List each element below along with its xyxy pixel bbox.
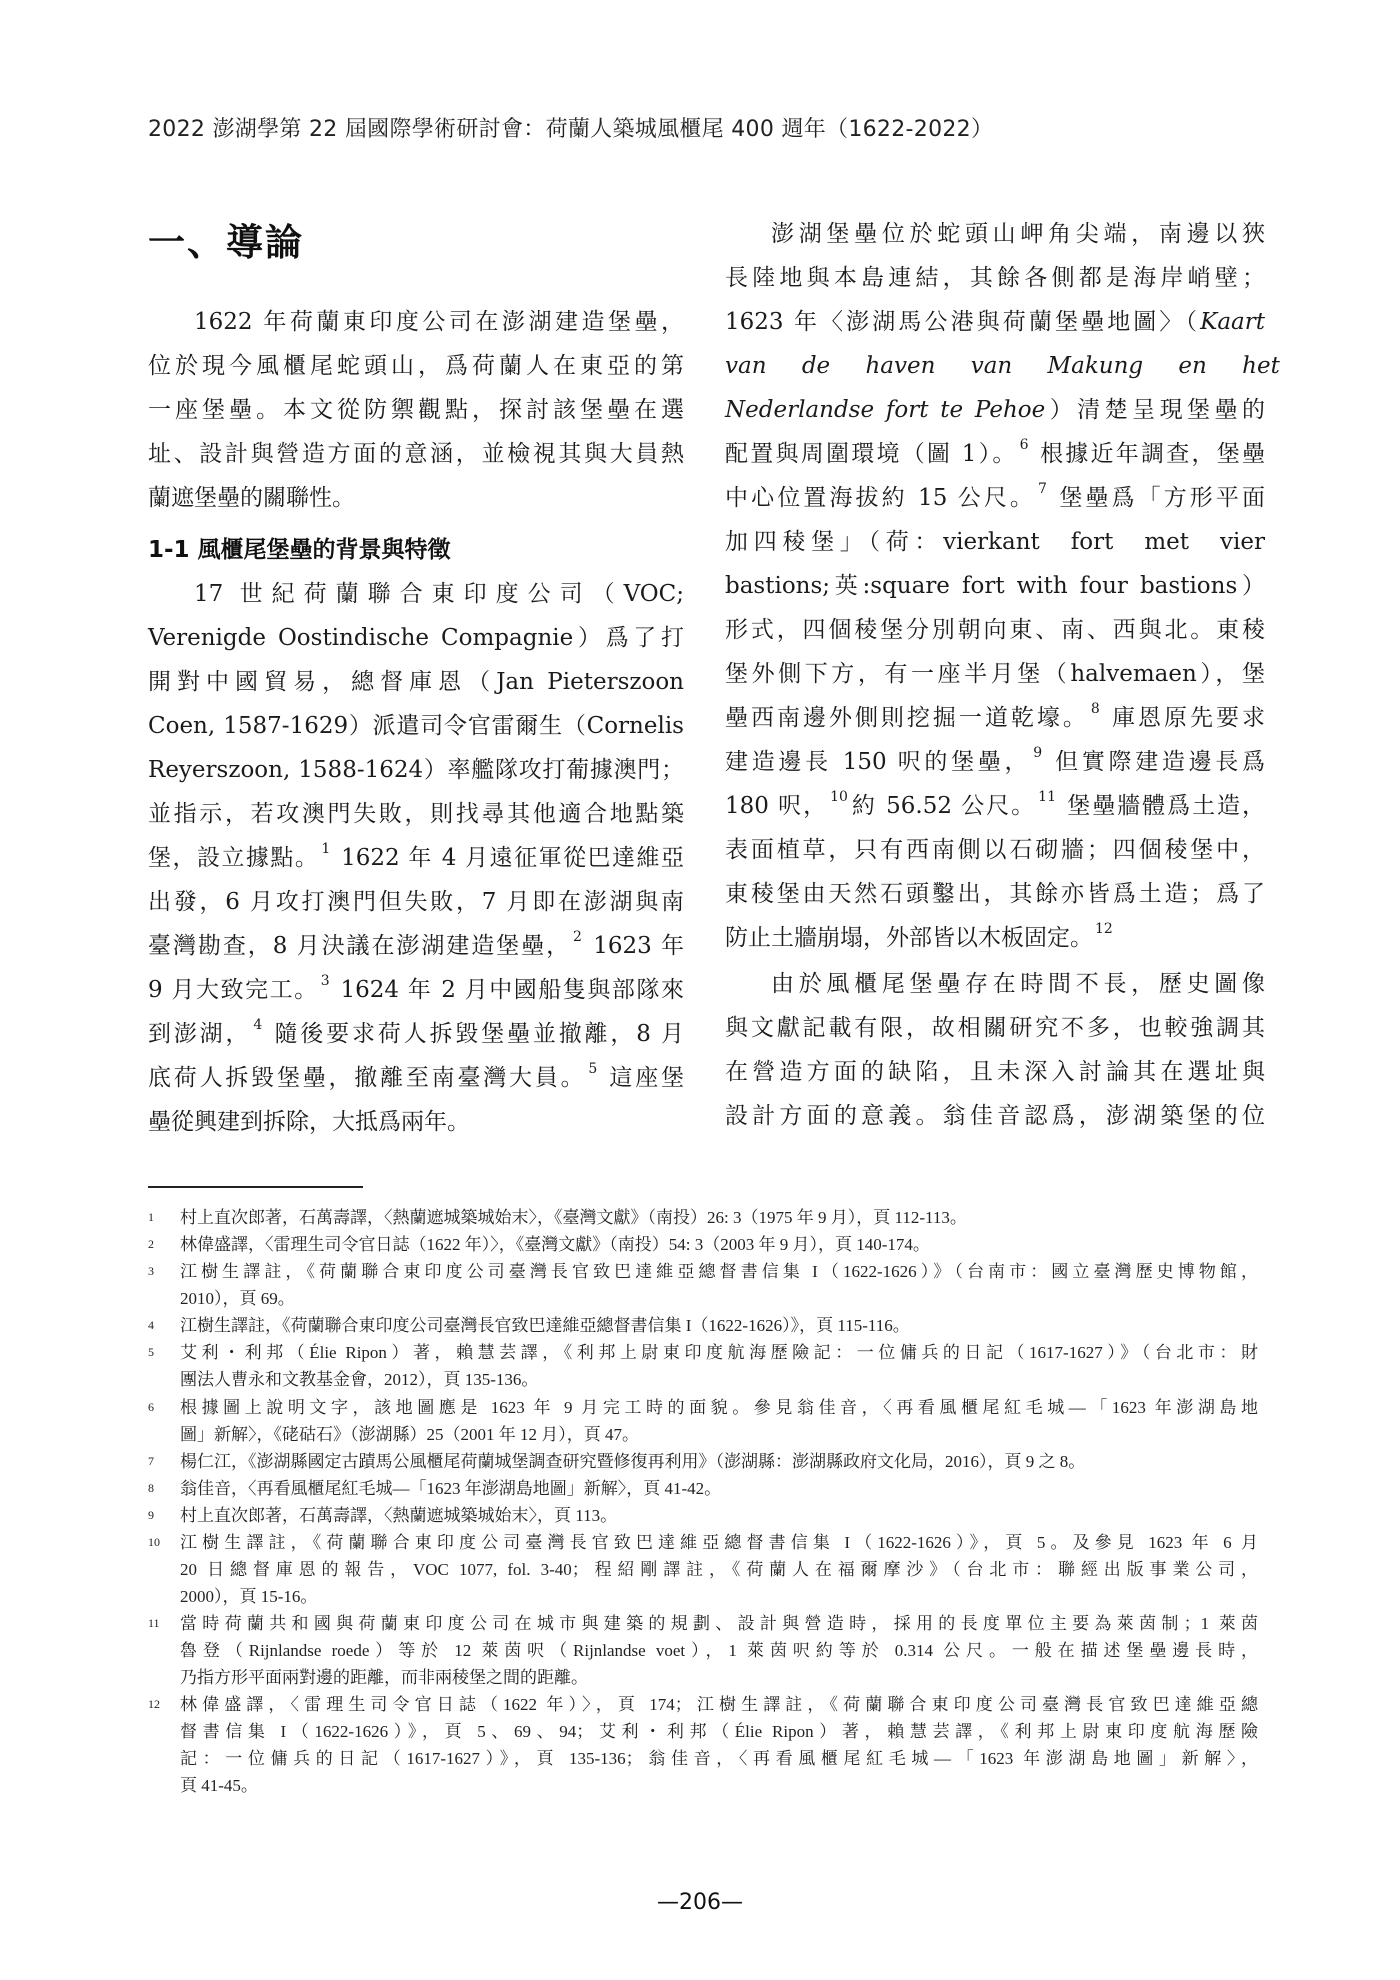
text-line: 17 世紀荷蘭聯合東印度公司（VOC;	[148, 572, 684, 616]
footnote-number: 8	[148, 1481, 168, 1501]
footnote-ref[interactable]: 2	[573, 929, 582, 945]
text-line: 180 呎，10約 56.52 公尺。11 堡壘牆體爲土造，	[725, 784, 1265, 828]
footnote-line: 江樹生譯註，《荷蘭聯合東印度公司臺灣長官致巴達維亞總督書信集 I（1622-16…	[180, 1529, 1258, 1556]
footnote-number: 5	[148, 1345, 168, 1365]
text-line: 建造邊長 150 呎的堡壘，9 但實際建造邊長爲	[725, 740, 1265, 784]
text-line: Reyerszoon, 1588-1624）率艦隊攻打葡據澳門；	[148, 748, 684, 792]
footnote-ref[interactable]: 1	[321, 841, 330, 857]
running-head: 2022 澎湖學第 22 屆國際學術研討會：荷蘭人築城風櫃尾 400 週年（16…	[148, 112, 1268, 143]
footnote-ref[interactable]: 7	[1038, 481, 1047, 497]
text-line: van de haven van Makung en het	[725, 344, 1265, 388]
footnote-number: 11	[148, 1616, 168, 1636]
footnote-number: 9	[148, 1508, 168, 1528]
text-line: 出發，6 月攻打澳門但失敗，7 月即在澎湖與南	[148, 880, 684, 924]
text-line: 堡，設立據點。1 1622 年 4 月遠征軍從巴達維亞	[148, 836, 684, 880]
footnote-ref[interactable]: 3	[321, 973, 330, 989]
footnote-number: 6	[148, 1400, 168, 1420]
text-line: 開對中國貿易，總督庫恩（Jan Pieterszoon	[148, 660, 684, 704]
text-line: 壘西南邊外側則挖掘一道乾壕。8 庫恩原先要求	[725, 696, 1265, 740]
footnote-separator	[148, 1186, 363, 1188]
text-line: 加四稜堡」（荷：vierkant fort met vier	[725, 520, 1265, 564]
footnote-line: 江樹生譯註，《荷蘭聯合東印度公司臺灣長官致巴達維亞總督書信集 I（1622-16…	[180, 1312, 1258, 1339]
footnote-number: 1	[148, 1210, 168, 1230]
text-line: 形式，四個稜堡分別朝向東、南、西與北。東稜	[725, 608, 1265, 652]
text-line: 防止土牆崩塌，外部皆以木板固定。12	[725, 916, 1265, 960]
footnote-number: 2	[148, 1237, 168, 1257]
footnote-line: 督書信集 I（1622-1626）》，頁 5、69、94；艾利・利邦（Élie …	[180, 1718, 1258, 1745]
text-line: 在營造方面的缺陷，且未深入討論其在選址與	[725, 1050, 1265, 1094]
text-line: 一座堡壘。本文從防禦觀點，探討該堡壘在選	[148, 388, 684, 432]
footnote-line: 圖」新解〉，《硓𥑮石》（澎湖縣）25（2001 年 12 月），頁 47。	[180, 1421, 1258, 1448]
text-line: 1623 年〈澎湖馬公港與荷蘭堡壘地圖〉（Kaart	[725, 300, 1265, 344]
footnote-number: 7	[148, 1454, 168, 1474]
footnote-ref[interactable]: 11	[1038, 789, 1056, 805]
text-line: Nederlandse fort te Pehoe）清楚呈現堡壘的	[725, 388, 1265, 432]
footnote-line: 村上直次郎著，石萬壽譯，〈熱蘭遮城築城始末〉，頁 113。	[180, 1502, 1258, 1529]
footnote-line: 楊仁江，《澎湖縣國定古蹟馬公風櫃尾荷蘭城堡調查研究暨修復再利用》（澎湖縣：澎湖縣…	[180, 1448, 1258, 1475]
footnote-line: 艾利・利邦（Élie Ripon）著，賴慧芸譯，《利邦上尉東印度航海歷險記：一位…	[180, 1339, 1258, 1366]
footnote-number: 12	[148, 1697, 168, 1717]
footnote-line: 記：一位傭兵的日記（1617-1627）》，頁 135-136；翁佳音，〈再看風…	[180, 1745, 1258, 1772]
text-line: 臺灣勘查，8 月決議在澎湖建造堡壘，2 1623 年	[148, 924, 684, 968]
text-line: 由於風櫃尾堡壘存在時間不長，歷史圖像	[725, 962, 1265, 1006]
text-line: 位於現今風櫃尾蛇頭山，爲荷蘭人在東亞的第	[148, 344, 684, 388]
footnote-line: 團法人曹永和文教基金會，2012），頁 135-136。	[180, 1366, 1258, 1393]
section-title: 一、導論	[148, 212, 304, 266]
footnote-ref[interactable]: 9	[1033, 745, 1042, 761]
text-line: 9 月大致完工。3 1624 年 2 月中國船隻與部隊來	[148, 968, 684, 1012]
footnote-line: 20 日總督庫恩的報告，VOC 1077, fol. 3-40；程紹剛譯註，《荷…	[180, 1556, 1258, 1583]
text-line: Verenigde Oostindische Compagnie）爲了打	[148, 616, 684, 660]
text-line: bastions;英:square fort with four bastion…	[725, 564, 1265, 608]
footnote-line: 江樹生譯註，《荷蘭聯合東印度公司臺灣長官致巴達維亞總督書信集 I（1622-16…	[180, 1258, 1258, 1285]
text-line: 到澎湖，4 隨後要求荷人拆毀堡壘並撤離，8 月	[148, 1012, 684, 1056]
footnote-number: 3	[148, 1264, 168, 1284]
text-line: 設計方面的意義。翁佳音認爲，澎湖築堡的位	[725, 1094, 1265, 1138]
text-line: 1622 年荷蘭東印度公司在澎湖建造堡壘，	[148, 300, 684, 344]
footnote-line: 當時荷蘭共和國與荷蘭東印度公司在城市與建築的規劃、設計與營造時，採用的長度單位主…	[180, 1610, 1258, 1637]
footnote-line: 魯登（Rijnlandse roede）等於 12 萊茵呎（Rijnlandse…	[180, 1637, 1258, 1664]
footnote-ref[interactable]: 6	[1020, 437, 1029, 453]
text-line: 蘭遮堡壘的關聯性。	[148, 476, 684, 520]
footnote-ref[interactable]: 8	[1091, 701, 1100, 717]
text-line: 底荷人拆毀堡壘，撤離至南臺灣大員。5 這座堡	[148, 1056, 684, 1100]
footnote-ref[interactable]: 10	[830, 789, 848, 805]
text-line: 壘從興建到拆除，大抵爲兩年。	[148, 1100, 684, 1144]
footnote-number: 10	[148, 1535, 168, 1555]
text-line: 長陸地與本島連結，其餘各側都是海岸峭壁；	[725, 256, 1265, 300]
footnote-ref[interactable]: 12	[1095, 921, 1113, 937]
footnote-line: 頁 41-45。	[180, 1772, 1258, 1799]
footnote-line: 根據圖上說明文字，該地圖應是 1623 年 9 月完工時的面貌。參見翁佳音，〈再…	[180, 1394, 1258, 1421]
subsection-title: 1-1 風櫃尾堡壘的背景與特徵	[148, 530, 451, 570]
text-line: Coen, 1587-1629）派遣司令官雷爾生（Cornelis	[148, 704, 684, 748]
footnote-line: 2000），頁 15-16。	[180, 1583, 1258, 1610]
text-line: 東稜堡由天然石頭鑿出，其餘亦皆爲土造；爲了	[725, 872, 1265, 916]
text-line: 配置與周圍環境（圖 1）。6 根據近年調查，堡壘	[725, 432, 1265, 476]
footnote-ref[interactable]: 4	[253, 1017, 262, 1033]
text-line: 表面植草，只有西南側以石砌牆；四個稜堡中，	[725, 828, 1265, 872]
text-line: 中心位置海拔約 15 公尺。7 堡壘爲「方形平面	[725, 476, 1265, 520]
footnote-line: 翁佳音，〈再看風櫃尾紅毛城—「1623 年澎湖島地圖」新解〉，頁 41-42。	[180, 1475, 1258, 1502]
text-line: 澎湖堡壘位於蛇頭山岬角尖端，南邊以狹	[725, 212, 1265, 256]
text-line: 並指示，若攻澳門失敗，則找尋其他適合地點築	[148, 792, 684, 836]
footnote-line: 林偉盛譯，〈雷理生司令官日誌（1622 年）〉，頁 174；江樹生譯註，《荷蘭聯…	[180, 1691, 1258, 1718]
text-line: 與文獻記載有限，故相關研究不多，也較強調其	[725, 1006, 1265, 1050]
footnote-number: 4	[148, 1318, 168, 1338]
footnote-line: 林偉盛譯，〈雷理生司令官日誌（1622 年）〉，《臺灣文獻》（南投）54: 3（…	[180, 1231, 1258, 1258]
text-line: 堡外側下方，有一座半月堡（halvemaen），堡	[725, 652, 1265, 696]
page-number: —206—	[0, 1890, 1400, 1915]
footnote-line: 乃指方形平面兩對邊的距離，而非兩稜堡之間的距離。	[180, 1664, 1258, 1691]
text-line: 址、設計與營造方面的意涵，並檢視其與大員熱	[148, 432, 684, 476]
footnote-ref[interactable]: 5	[588, 1061, 597, 1077]
footnote-line: 2010），頁 69。	[180, 1285, 1258, 1312]
footnote-line: 村上直次郎著，石萬壽譯，〈熱蘭遮城築城始末〉，《臺灣文獻》（南投）26: 3（1…	[180, 1204, 1258, 1231]
